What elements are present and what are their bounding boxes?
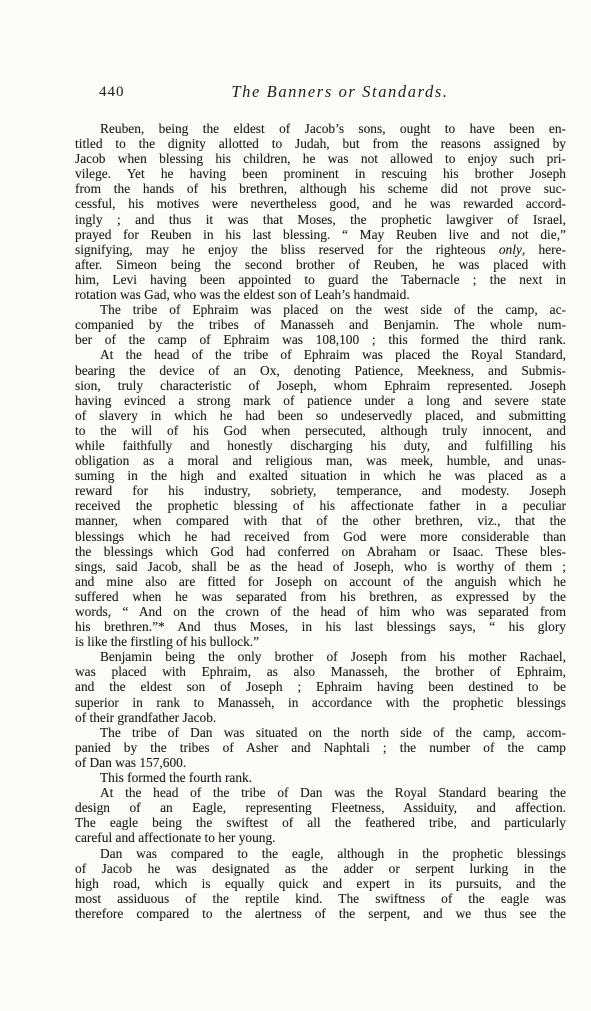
text-line: is like the firstling of his bullock.” [75,634,566,649]
text-line: The tribe of Ephraim was placed on the w… [75,302,566,317]
text-line: At the head of the tribe of Dan was the … [75,785,566,800]
text-line: his brethren.”* And thus Moses, in his l… [75,619,566,634]
text-line: panied by the tribes of Asher and Naphta… [75,740,566,755]
text-line: sion, truly characteristic of Joseph, wh… [75,378,566,393]
text-line: superior in rank to Manasseh, in accorda… [75,695,566,710]
text-line: titled to the dignity allotted to Judah,… [75,136,566,151]
text-line: of Jacob he was designated as the adder … [75,861,566,876]
text-line: Reuben, being the eldest of Jacob’s sons… [75,121,566,136]
text-line: careful and affectionate to her young. [75,830,566,845]
text-line: high road, which is equally quick and ex… [75,876,566,891]
text-line: The eagle being the swiftest of all the … [75,815,566,830]
text-line: after. Simeon being the second brother o… [75,257,566,272]
text-line: of their grandfather Jacob. [75,710,566,725]
text-line: was placed with Ephraim, as also Manasse… [75,664,566,679]
text-line: bearing the device of an Ox, denoting Pa… [75,363,566,378]
text-line: blessings which he had received from God… [75,529,566,544]
text-line: words, “ And on the crown of the head of… [75,604,566,619]
text-line: suming in the high and exalted situation… [75,468,566,483]
paragraph: The tribe of Ephraim was placed on the w… [75,302,566,347]
text-line: and the eldest son of Joseph ; Ephraim h… [75,679,566,694]
text-line: manner, when compared with that of the o… [75,513,566,528]
text-line: therefore compared to the alertness of t… [75,906,566,921]
text-line: having evinced a strong mark of patience… [75,393,566,408]
scanned-book-page: 440 The Banners or Standards. Reuben, be… [0,0,591,1011]
text-line: Jacob when blessing his children, he was… [75,151,566,166]
text-line: of Dan was 157,600. [75,755,566,770]
text-line: most assiduous of the reptile kind. The … [75,891,566,906]
text-line: The tribe of Dan was situated on the nor… [75,725,566,740]
paragraph: The tribe of Dan was situated on the nor… [75,725,566,770]
text-line: while faithfully and honestly dischargin… [75,438,566,453]
paragraph: Reuben, being the eldest of Jacob’s sons… [75,121,566,302]
page-number: 440 [99,84,125,101]
text-line: the blessings which God had conferred on… [75,544,566,559]
text-line: Benjamin being the only brother of Josep… [75,649,566,664]
paragraph: This formed the fourth rank. [75,770,566,785]
paragraph: Dan was compared to the eagle, although … [75,846,566,921]
text-line: sings, said Jacob, shall be as the head … [75,559,566,574]
text-line: of slavery in which he had been so undes… [75,408,566,423]
text-line: prayed for Reuben in his last blessing. … [75,227,566,242]
text-line: to the will of his God when persecuted, … [75,423,566,438]
text-line: design of an Eagle, representing Fleetne… [75,800,566,815]
text-line: rotation was Gad, who was the eldest son… [75,287,566,302]
text-line: him, Levi having been appointed to guard… [75,272,566,287]
running-title: The Banners or Standards. [231,82,448,102]
text-line: This formed the fourth rank. [75,770,566,785]
paragraph: Benjamin being the only brother of Josep… [75,649,566,724]
text-line: cessful, his motives were nevertheless g… [75,196,566,211]
text-line: received the prophetic blessing of his a… [75,498,566,513]
text-line: Dan was compared to the eagle, although … [75,846,566,861]
text-line: companied by the tribes of Manasseh and … [75,317,566,332]
text-line: vilege. Yet he having been prominent in … [75,166,566,181]
text-line: ingly ; and thus it was that Moses, the … [75,212,566,227]
paragraph: At the head of the tribe of Dan was the … [75,785,566,845]
text-line: ber of the camp of Ephraim was 108,100 ;… [75,332,566,347]
text-line: At the head of the tribe of Ephraim was … [75,347,566,362]
paragraph: At the head of the tribe of Ephraim was … [75,347,566,649]
text-block: Reuben, being the eldest of Jacob’s sons… [75,121,566,921]
text-line: reward for his industry, sobriety, tempe… [75,483,566,498]
text-line: signifying, may he enjoy the bliss reser… [75,242,566,257]
text-line: and mine also are fitted for Joseph on a… [75,574,566,589]
text-line: from the hands of his brethren, although… [75,181,566,196]
text-line: obligation as a moral and religious man,… [75,453,566,468]
text-line: suffered when he was separated from his … [75,589,566,604]
